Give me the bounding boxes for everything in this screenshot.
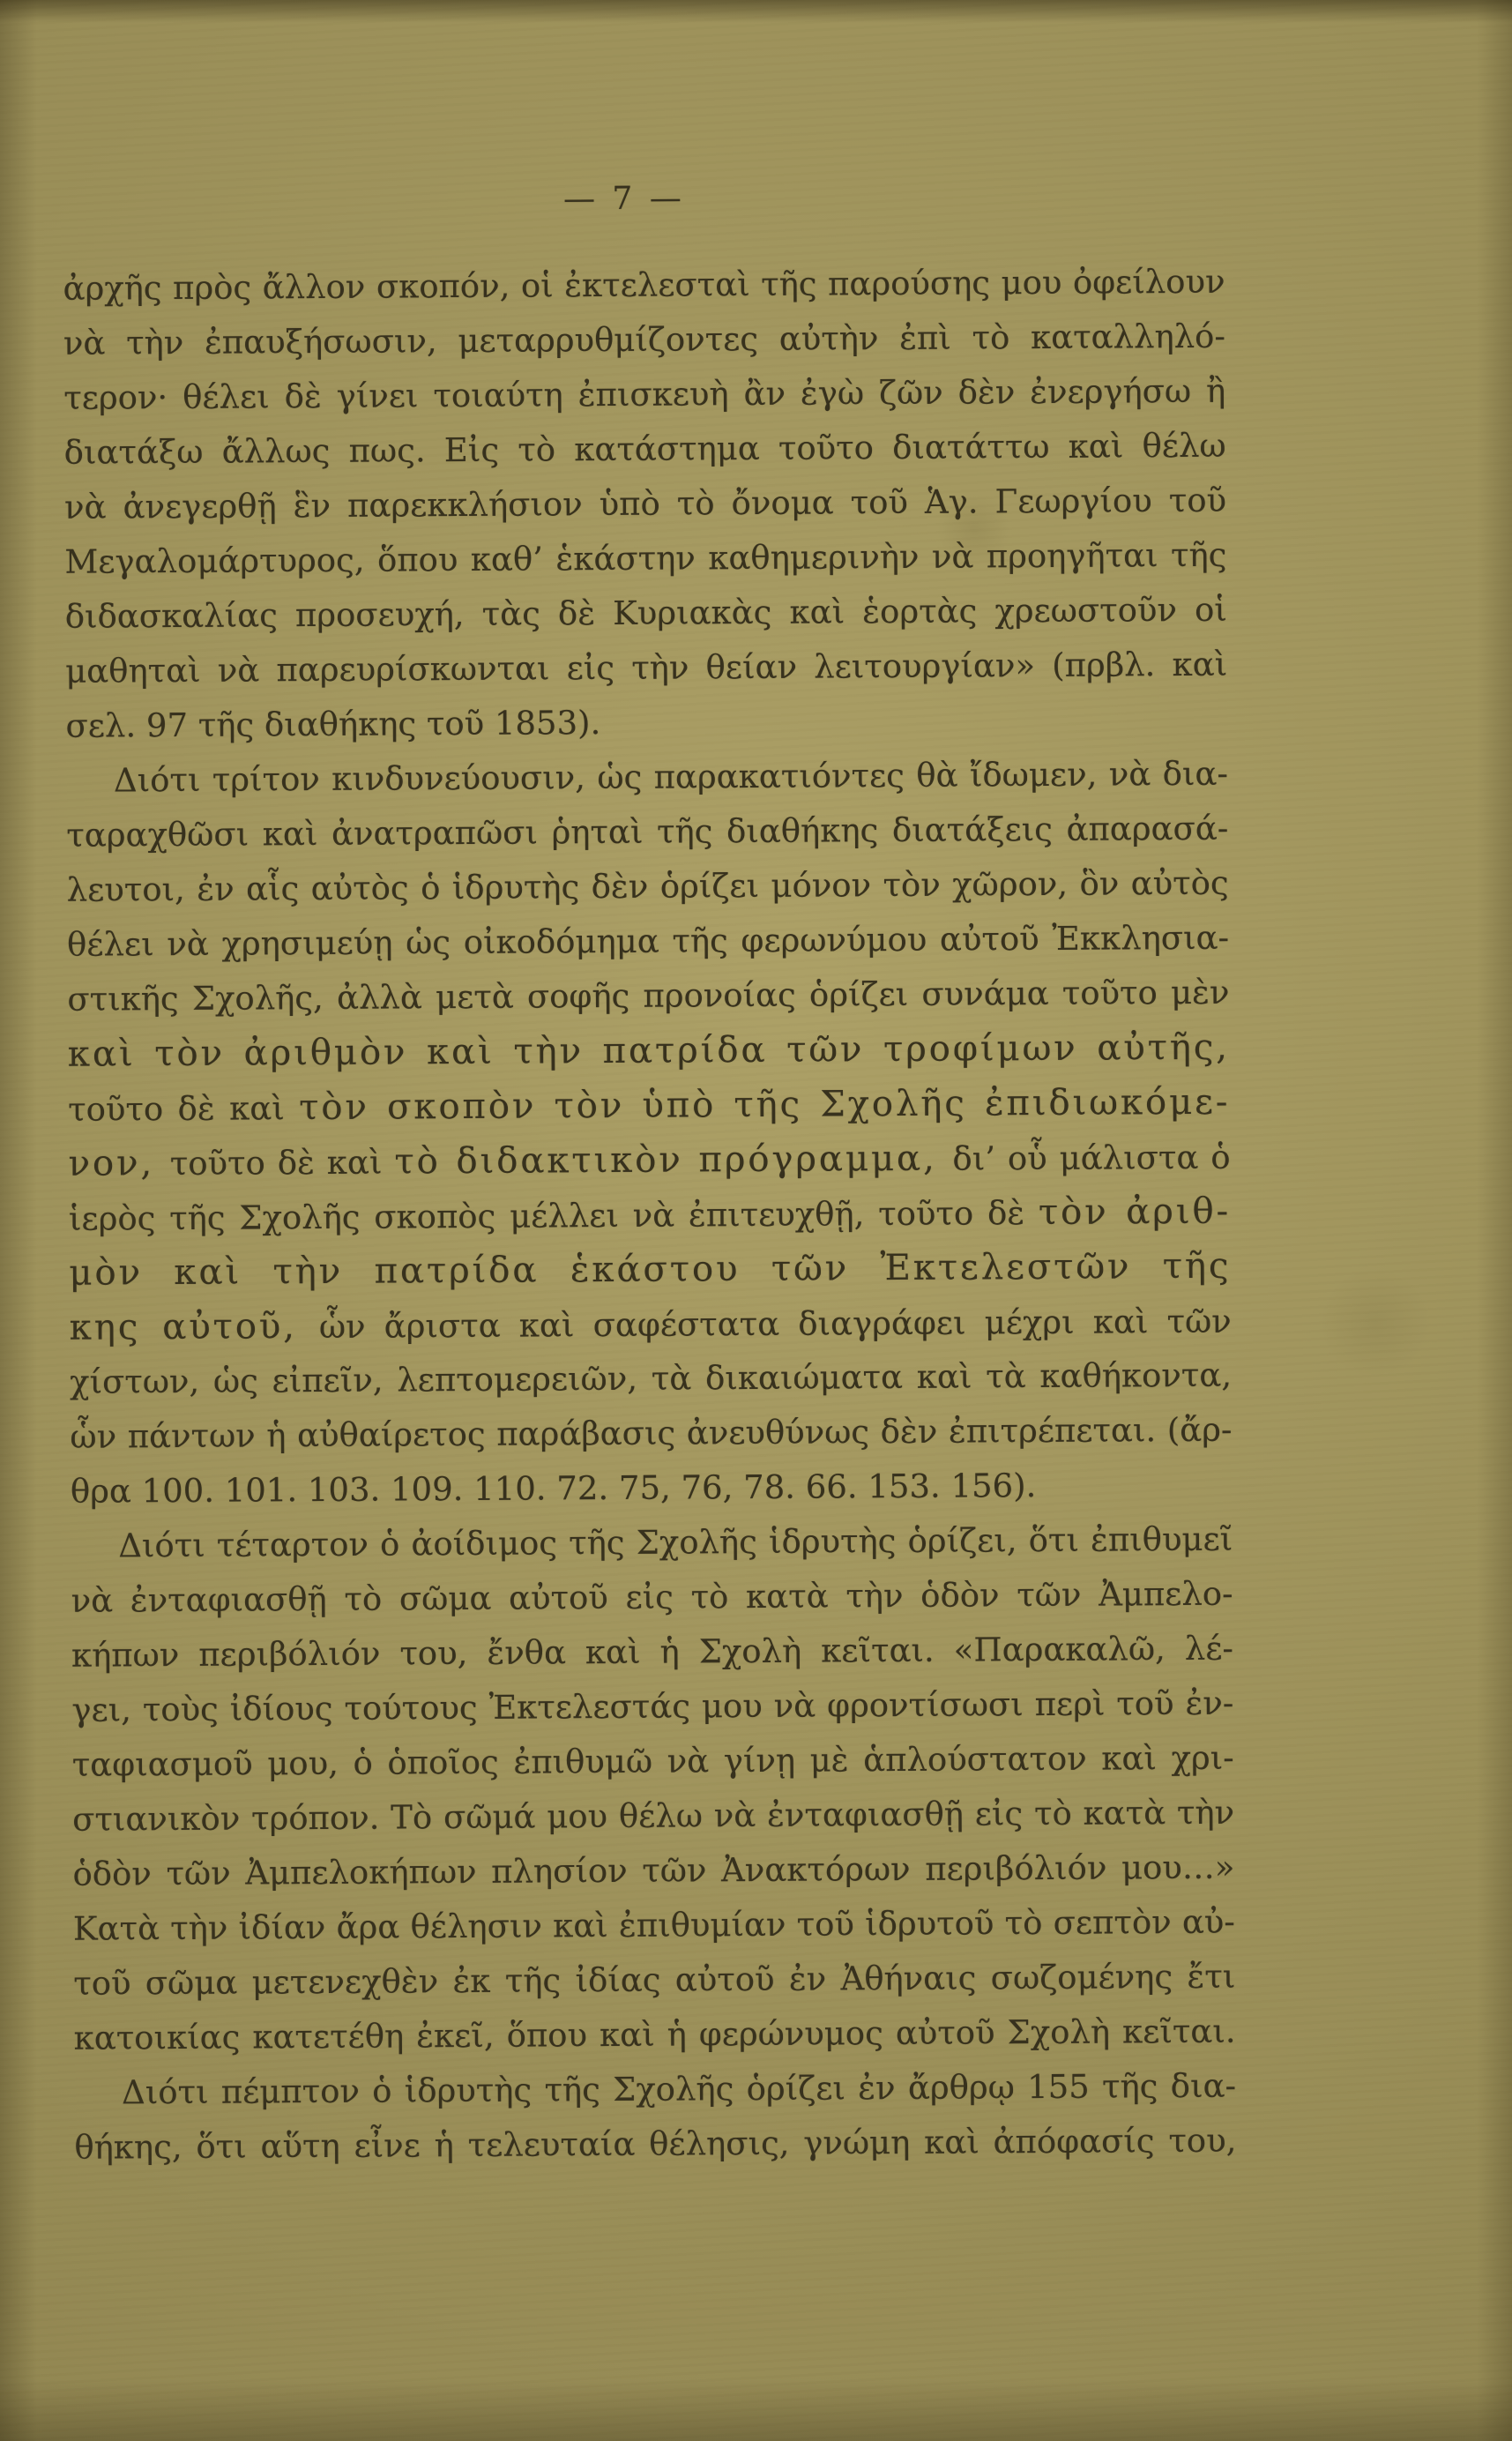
- emphasized-text-segment: κης αὐτοῦ,: [70, 1305, 319, 1348]
- text-segment: ὧν πάντων ἡ αὐθαίρετος παράβασις ἀνευθύν…: [70, 1411, 1232, 1456]
- text-segment: ἱερὸς τῆς Σχολῆς σκοπὸς μέλλει νὰ ἐπιτευ…: [69, 1194, 1039, 1238]
- text-line: θήκης, ὅτι αὕτη εἶνε ἡ τελευταία θέλησις…: [74, 2114, 1236, 2176]
- text-segment: ταραχθῶσι καὶ ἀνατραπῶσι ῥηταὶ τῆς διαθή…: [66, 810, 1228, 855]
- text-line: νὰ ἐνταφιασθῇ τὸ σῶμα αὐτοῦ εἰς τὸ κατὰ …: [71, 1567, 1233, 1629]
- text-segment: γει, τοὺς ἰδίους τούτους Ἐκτελεστάς μου …: [71, 1684, 1233, 1729]
- text-line: διατάξω ἄλλως πως. Εἰς τὸ κατάστημα τοῦτ…: [63, 419, 1225, 481]
- text-segment: Μεγαλομάρτυρος, ὅπου καθ’ ἑκάστην καθημε…: [64, 536, 1226, 581]
- text-line: τοῦτο δὲ καὶ τὸν σκοπὸν τὸν ὑπὸ τῆς Σχολ…: [68, 1075, 1230, 1137]
- text-segment: ἀρχῆς πρὸς ἄλλον σκοπόν, οἱ ἐκτελεσταὶ τ…: [63, 263, 1225, 308]
- text-segment: τοῦτο δὲ καὶ: [170, 1144, 395, 1183]
- text-segment: θήκης, ὅτι αὕτη εἶνε ἡ τελευταία θέλησις…: [74, 2122, 1236, 2167]
- scanned-page: — 7 — ἀρχῆς πρὸς ἄλλον σκοπόν, οἱ ἐκτελε…: [0, 0, 1512, 2441]
- text-segment: διατάξω ἄλλως πως. Εἰς τὸ κατάστημα τοῦτ…: [64, 427, 1226, 472]
- text-line: ταφιασμοῦ μου, ὁ ὁποῖος ἐπιθυμῶ νὰ γίνῃ …: [72, 1731, 1234, 1793]
- text-line: στιανικὸν τρόπον. Τὸ σῶμά μου θέλω νὰ ἐν…: [72, 1786, 1234, 1848]
- emphasized-text-segment: τὸ διδακτικὸν πρόγραμμα,: [394, 1138, 952, 1183]
- text-line: λευτοι, ἐν αἷς αὐτὸς ὁ ἱδρυτὴς δὲν ὁρίζε…: [67, 856, 1229, 918]
- text-segment: Κατὰ τὴν ἰδίαν ἄρα θέλησιν καὶ ἐπιθυμίαν…: [73, 1903, 1235, 1948]
- text-segment: χίστων, ὡς εἰπεῖν, λεπτομερειῶν, τὰ δικα…: [70, 1356, 1232, 1401]
- text-segment: τοῦτο δὲ καὶ: [68, 1089, 299, 1129]
- emphasized-text-segment: μὸν καὶ τὴν πατρίδα ἑκάστου τῶν Ἐκτελεστ…: [69, 1245, 1231, 1301]
- emphasized-text-segment: τὸν ἀριθ-: [1039, 1191, 1231, 1233]
- emphasized-text-segment: νον,: [68, 1142, 170, 1184]
- text-segment: νὰ ἐνταφιασθῇ τὸ σῶμα αὐτοῦ εἰς τὸ κατὰ …: [71, 1575, 1233, 1620]
- text-segment: μαθηταὶ νὰ παρευρίσκωνται εἰς τὴν θείαν …: [65, 646, 1227, 690]
- text-line: διδασκαλίας προσευχή, τὰς δὲ Κυριακὰς κα…: [65, 583, 1227, 645]
- text-line: νον, τοῦτο δὲ καὶ τὸ διδακτικὸν πρόγραμμ…: [68, 1130, 1230, 1191]
- text-segment: στιανικὸν τρόπον. Τὸ σῶμά μου θέλω νὰ ἐν…: [72, 1794, 1234, 1839]
- text-line: ἀρχῆς πρὸς ἄλλον σκοπόν, οἱ ἐκτελεσταὶ τ…: [63, 255, 1225, 317]
- text-segment: ταφιασμοῦ μου, ὁ ὁποῖος ἐπιθυμῶ νὰ γίνῃ …: [72, 1739, 1234, 1784]
- text-line: γει, τοὺς ἰδίους τούτους Ἐκτελεστάς μου …: [71, 1676, 1233, 1738]
- text-segment: Διότι τέταρτον ὁ ἀοίδιμος τῆς Σχολῆς ἱδρ…: [118, 1520, 1233, 1565]
- text-line: Μεγαλομάρτυρος, ὅπου καθ’ ἑκάστην καθημε…: [64, 528, 1226, 590]
- text-line: ὧν πάντων ἡ αὐθαίρετος παράβασις ἀνευθύν…: [70, 1403, 1232, 1465]
- text-line: μαθηταὶ νὰ παρευρίσκωνται εἰς τὴν θείαν …: [65, 638, 1227, 699]
- text-segment: νὰ ἀνεγερθῇ ἓν παρεκκλήσιον ὑπὸ τὸ ὄνομα…: [64, 481, 1226, 526]
- text-line: Διότι τέταρτον ὁ ἀοίδιμος τῆς Σχολῆς ἱδρ…: [71, 1512, 1233, 1574]
- text-line: Διότι τρίτον κινδυνεύουσιν, ὡς παρακατιό…: [66, 747, 1228, 809]
- text-segment: Διότι τρίτον κινδυνεύουσιν, ὡς παρακατιό…: [114, 755, 1228, 800]
- text-segment: δι’ οὗ μάλιστα ὁ: [952, 1138, 1230, 1178]
- text-segment: θρα 100. 101. 103. 109. 110. 72. 75, 76,…: [71, 1467, 1037, 1511]
- text-line: θέλει νὰ χρησιμεύῃ ὡς οἰκοδόμημα τῆς φερ…: [67, 911, 1229, 973]
- text-segment: τοῦ σῶμα μετενεχθὲν ἐκ τῆς ἰδίας αὐτοῦ ἐ…: [73, 1958, 1235, 2003]
- text-segment: λευτοι, ἐν αἷς αὐτὸς ὁ ἱδρυτὴς δὲν ὁρίζε…: [67, 864, 1229, 909]
- text-segment: στικῆς Σχολῆς, ἀλλὰ μετὰ σοφῆς προνοίας …: [67, 974, 1229, 1019]
- text-segment: θέλει νὰ χρησιμεύῃ ὡς οἰκοδόμημα τῆς φερ…: [67, 919, 1229, 964]
- text-line: τοῦ σῶμα μετενεχθὲν ἐκ τῆς ἰδίας αὐτοῦ ἐ…: [73, 1950, 1235, 2012]
- text-segment: νὰ τὴν ἐπαυξήσωσιν, μεταρρυθμίζοντες αὐτ…: [63, 317, 1225, 362]
- text-segment: ὁδὸν τῶν Ἀμπελοκήπων πλησίον τῶν Ἀνακτόρ…: [72, 1848, 1234, 1893]
- text-line: καὶ τὸν ἀριθμὸν καὶ τὴν πατρίδα τῶν τροφ…: [68, 1020, 1230, 1082]
- text-line: Κατὰ τὴν ἰδίαν ἄρα θέλησιν καὶ ἐπιθυμίαν…: [73, 1895, 1235, 1957]
- text-segment: κατοικίας κατετέθη ἐκεῖ, ὅπου καὶ ἡ φερώ…: [74, 2012, 1236, 2057]
- text-line: σελ. 97 τῆς διαθήκης τοῦ 1853).: [65, 692, 1227, 754]
- text-line: κήπων περιβόλιόν του, ἔνθα καὶ ἡ Σχολὴ κ…: [71, 1622, 1233, 1683]
- text-segment: σελ. 97 τῆς διαθήκης τοῦ 1853).: [65, 704, 600, 745]
- text-line: θρα 100. 101. 103. 109. 110. 72. 75, 76,…: [71, 1458, 1233, 1519]
- text-line: στικῆς Σχολῆς, ἀλλὰ μετὰ σοφῆς προνοίας …: [67, 966, 1229, 1027]
- text-line: κης αὐτοῦ, ὧν ἄριστα καὶ σαφέστατα διαγρ…: [70, 1294, 1232, 1355]
- text-segment: Διότι πέμπτον ὁ ἱδρυτὴς τῆς Σχολῆς ὁρίζε…: [122, 2067, 1236, 2112]
- text-line: Διότι πέμπτον ὁ ἱδρυτὴς τῆς Σχολῆς ὁρίζε…: [74, 2059, 1236, 2121]
- emphasized-text-segment: τὸν σκοπὸν τὸν ὑπὸ τῆς Σχολῆς ἐπιδιωκόμε…: [299, 1081, 1230, 1128]
- text-line: χίστων, ὡς εἰπεῖν, λεπτομερειῶν, τὰ δικα…: [70, 1348, 1232, 1410]
- text-segment: διδασκαλίας προσευχή, τὰς δὲ Κυριακὰς κα…: [65, 591, 1227, 636]
- scan-tilt-wrapper: — 7 — ἀρχῆς πρὸς ἄλλον σκοπόν, οἱ ἐκτελε…: [0, 0, 1512, 2441]
- text-segment: τερον· θέλει δὲ γίνει τοιαύτη ἐπισκευὴ ἂ…: [63, 372, 1225, 417]
- page-number: — 7 —: [60, 177, 1188, 220]
- text-line: τερον· θέλει δὲ γίνει τοιαύτη ἐπισκευὴ ἂ…: [63, 364, 1225, 426]
- text-line: ἱερὸς τῆς Σχολῆς σκοπὸς μέλλει νὰ ἐπιτευ…: [69, 1184, 1231, 1246]
- text-line: ταραχθῶσι καὶ ἀνατραπῶσι ῥηταὶ τῆς διαθή…: [66, 802, 1228, 863]
- text-line: νὰ τὴν ἐπαυξήσωσιν, μεταρρυθμίζοντες αὐτ…: [63, 310, 1225, 371]
- text-line: ὁδὸν τῶν Ἀμπελοκήπων πλησίον τῶν Ἀνακτόρ…: [72, 1840, 1234, 1902]
- text-line: κατοικίας κατετέθη ἐκεῖ, ὅπου καὶ ἡ φερώ…: [73, 2004, 1235, 2066]
- page-text: ἀρχῆς πρὸς ἄλλον σκοπόν, οἱ ἐκτελεσταὶ τ…: [63, 255, 1236, 2176]
- emphasized-text-segment: καὶ τὸν ἀριθμὸν καὶ τὴν πατρίδα τῶν τροφ…: [68, 1026, 1230, 1075]
- text-line: μὸν καὶ τὴν πατρίδα ἑκάστου τῶν Ἐκτελεστ…: [69, 1239, 1231, 1301]
- text-line: νὰ ἀνεγερθῇ ἓν παρεκκλήσιον ὑπὸ τὸ ὄνομα…: [64, 474, 1226, 535]
- text-segment: κήπων περιβόλιόν του, ἔνθα καὶ ἡ Σχολὴ κ…: [71, 1630, 1233, 1675]
